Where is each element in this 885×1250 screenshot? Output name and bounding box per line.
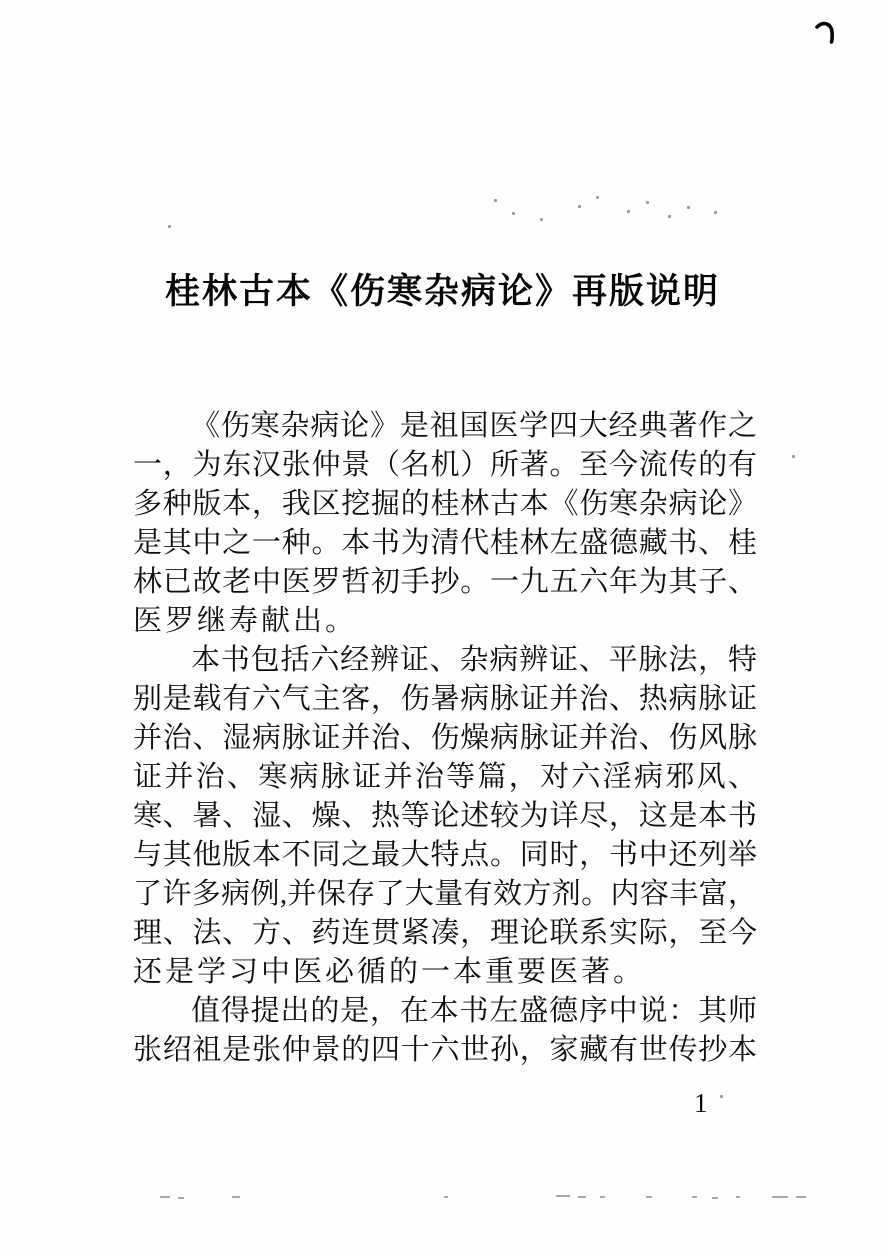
text-line: 寒、暑、湿、燥、热等论述较为详尽，这是本书 bbox=[133, 797, 757, 836]
text-line: 值得提出的是，在本书左盛德序中说：其师 bbox=[133, 992, 757, 1031]
text-line: 一，为东汉张仲景（名机）所著。至今流传的有 bbox=[133, 446, 757, 485]
ink-hook-icon bbox=[815, 19, 841, 47]
text-line: 林已故老中医罗哲初手抄。一九五六年为其子、中 bbox=[133, 563, 757, 602]
text-line: 了许多病例,并保存了大量有效方剂。内容丰富， bbox=[133, 875, 757, 914]
text-line: 多种版本，我区挖掘的桂林古本《伤寒杂病论》 bbox=[133, 485, 757, 524]
text-line: 理、法、方、药连贯紧凑，理论联系实际，至今 bbox=[133, 914, 757, 953]
body-text: 《伤寒杂病论》是祖国医学四大经典著作之 一，为东汉张仲景（名机）所著。至今流传的… bbox=[133, 407, 757, 1070]
text-line: 别是载有六气主客，伤暑病脉证并治、热病脉证 bbox=[133, 680, 757, 719]
text-line: 是其中之一种。本书为清代桂林左盛德藏书、桂 bbox=[133, 524, 757, 563]
text-line: 证并治、寒病脉证并治等篇，对六淫病邪风、 bbox=[133, 758, 757, 797]
text-line: 并治、湿病脉证并治、伤燥病脉证并治、伤风脉 bbox=[133, 719, 757, 758]
text-line: 本书包括六经辨证、杂病辨证、平脉法，特 bbox=[133, 641, 757, 680]
text-line: 《伤寒杂病论》是祖国医学四大经典著作之 bbox=[133, 407, 757, 446]
scanned-book-page: 桂林古本《伤寒杂病论》再版说明 《伤寒杂病论》是祖国医学四大经典著作之 一，为东… bbox=[0, 0, 885, 1250]
text-line: 与其他版本不同之最大特点。同时，书中还列举 bbox=[133, 836, 757, 875]
ink-hook-mark bbox=[815, 19, 841, 47]
text-line: 还是学习中医必循的一本重要医著。 bbox=[133, 953, 757, 992]
text-line: 张绍祖是张仲景的四十六世孙，家藏有世传抄本 bbox=[133, 1031, 757, 1070]
page-number: 1 bbox=[694, 1088, 708, 1119]
text-line: 医罗继寿献出。 bbox=[133, 602, 757, 641]
page-title: 桂林古本《伤寒杂病论》再版说明 bbox=[0, 264, 885, 314]
